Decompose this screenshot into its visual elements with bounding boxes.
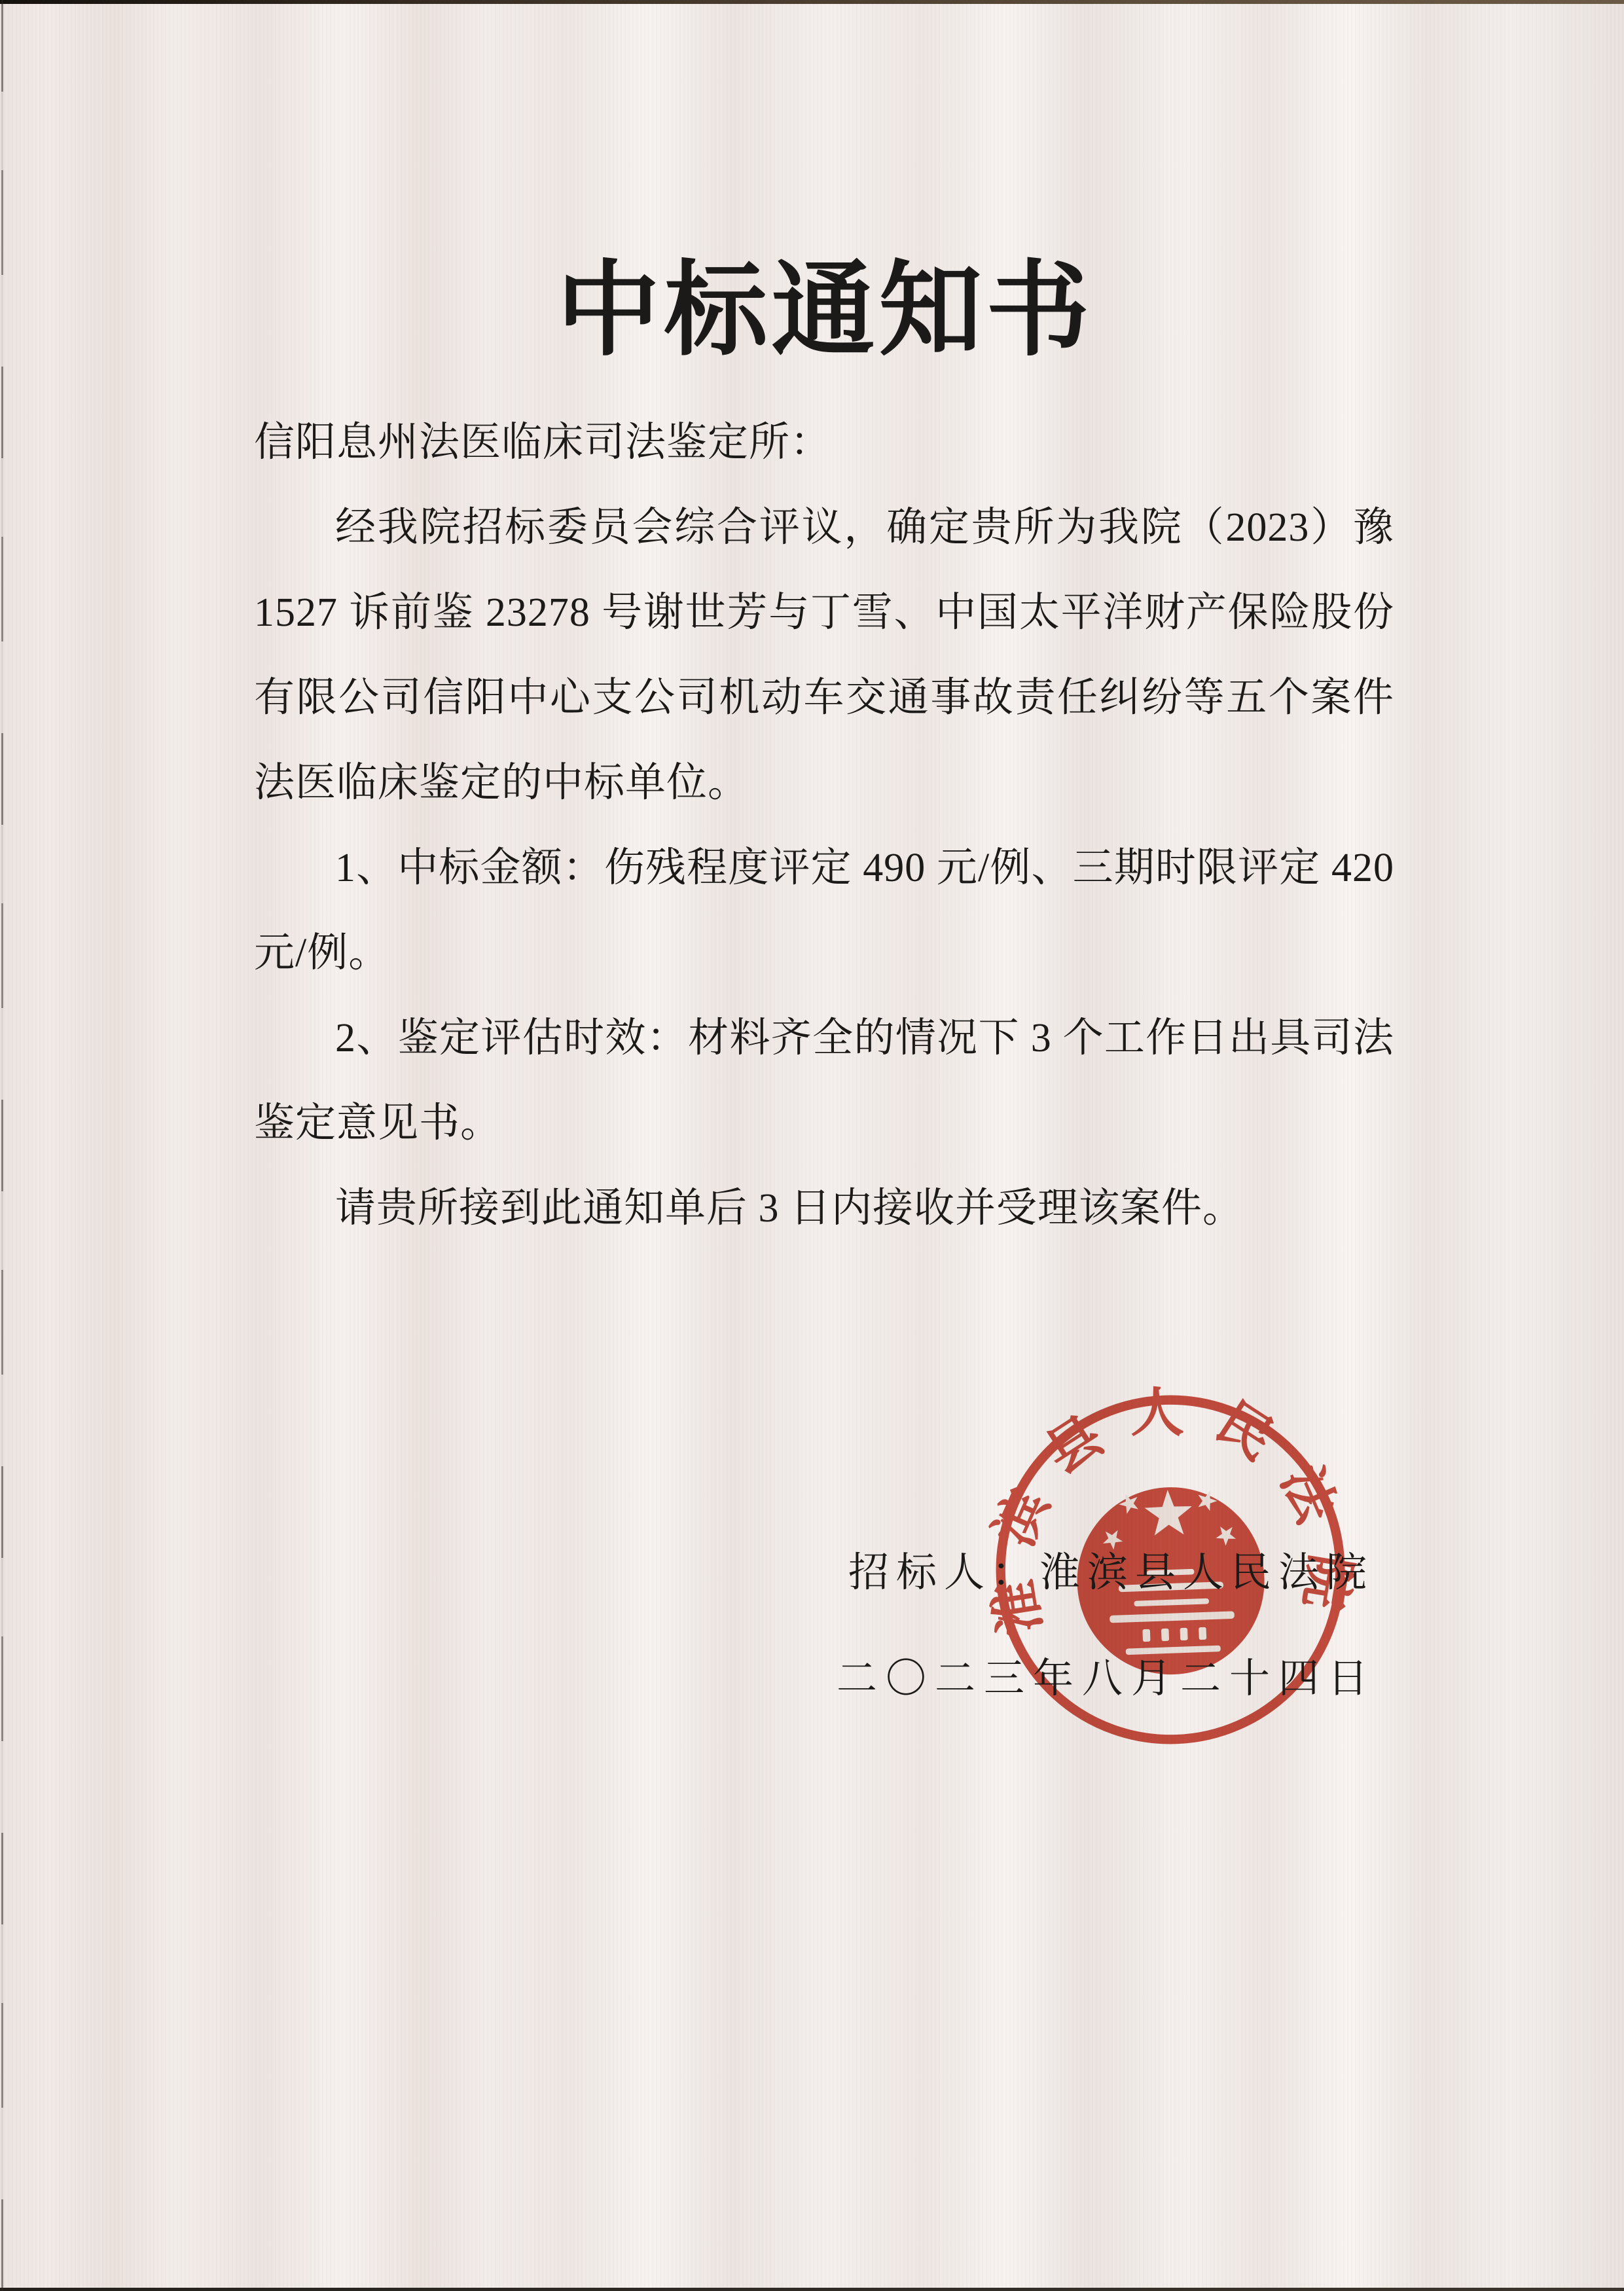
body-paragraph: 经我院招标委员会综合评议，确定贵所为我院（2023）豫 1527 诉前鉴 232…	[254, 485, 1394, 825]
scanned-document-page: 中标通知书 信阳息州法医临床司法鉴定所： 经我院招标委员会综合评议，确定贵所为我…	[0, 0, 1624, 2291]
scan-edge-top	[0, 0, 1624, 4]
document-body: 信阳息州法医临床司法鉴定所： 经我院招标委员会综合评议，确定贵所为我院（2023…	[254, 400, 1394, 1251]
body-paragraph: 2、鉴定评估时效：材料齐全的情况下 3 个工作日出具司法鉴定意见书。	[254, 996, 1394, 1166]
body-paragraph: 请贵所接到此通知单后 3 日内接收并受理该案件。	[254, 1166, 1394, 1251]
recipient-line: 信阳息州法医临床司法鉴定所：	[254, 400, 1394, 485]
body-paragraph: 1、中标金额：伤残程度评定 490 元/例、三期时限评定 420 元/例。	[254, 825, 1394, 996]
document-title: 中标通知书	[0, 255, 1624, 369]
signature-issuer: 招标人：淮滨县人民法院	[848, 1549, 1374, 1597]
scan-edge-bottom	[0, 2288, 1624, 2291]
signature-date: 二〇二三年八月二十四日	[837, 1655, 1377, 1703]
